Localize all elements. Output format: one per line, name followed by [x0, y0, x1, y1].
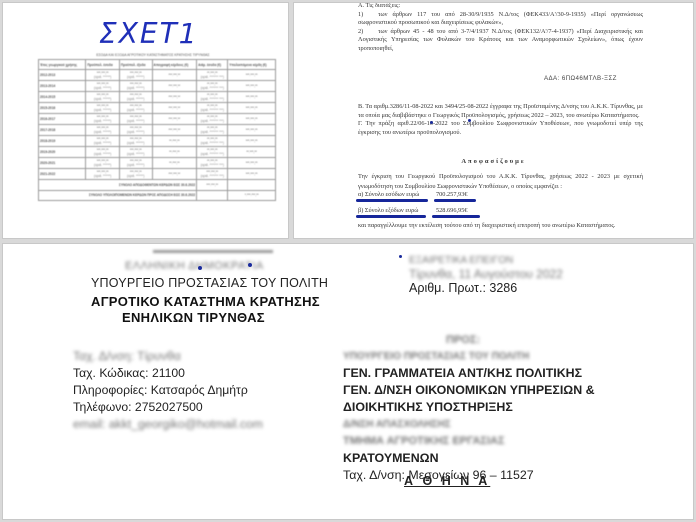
- remaining-cell: ***.***,**: [228, 70, 276, 81]
- sender-phone: Τηλέφωνο: 2752027500: [73, 399, 263, 416]
- sender-address: Ταχ. Δ/νση: Τίρυνθα: [73, 348, 263, 365]
- income-value: 700.257,93€: [436, 191, 467, 198]
- org-name-line-1: ΑΓΡΟΤΙΚΟ ΚΑΤΑΣΤΗΜΑ ΚΡΑΤΗΣΗΣ: [91, 294, 320, 310]
- sender-contact-block: Ταχ. Δ/νση: Τίρυνθα Ταχ. Κώδικας: 21100 …: [73, 348, 263, 433]
- sender-email: email: akkt_georgiko@hotmail.com: [73, 416, 263, 433]
- intro-heading: Α. Τις διατάξεις:: [358, 2, 643, 11]
- budget-expense-cell: ***.***,**(αριθ. ******): [119, 92, 152, 103]
- budget-income-cell: ***.***,**(αριθ. ******): [86, 81, 120, 92]
- profit-cell: ***.***,**: [152, 125, 197, 136]
- ada-code: ΑΔΑ: 6ΠΩ46ΜΤΛΒ-ΞΣΖ: [544, 75, 617, 82]
- decision-text: Την έγκριση του Γεωργικού Προϋπολογισμού…: [358, 172, 643, 191]
- budget-expense-cell: ***.***,**(αριθ. ******): [119, 81, 152, 92]
- year-cell: 2016-2017: [39, 114, 86, 125]
- paid-cell: **.***,**(αριθ. ******* ***): [197, 70, 228, 81]
- letterhead-document-scan: ΕΛΛΗΝΙΚΗ ΔΗΜΟΚΡΑΤΙΑ ΥΠΟΥΡΓΕΙΟ ΠΡΟΣΤΑΣΙΑΣ…: [2, 243, 694, 520]
- table-body: 2012-2013***.***,**(αριθ. ******)***.***…: [39, 70, 276, 180]
- column-header: Προϋπολ. έσοδα: [86, 60, 120, 70]
- budget-expense-cell: ***.***,**(αριθ. ******): [119, 136, 152, 147]
- table-row: 2021-2022***.***,**(αριθ. ******)***.***…: [39, 169, 276, 180]
- table-header-row: Έτος γεωργικού χρήσης Προϋπολ. έσοδα Προ…: [39, 60, 276, 70]
- recipient-line: ΚΡΑΤΟΥΜΕΝΩΝ: [343, 450, 595, 467]
- ink-dot: [430, 121, 433, 124]
- pen-highlight: [434, 199, 476, 202]
- table-row: 2016-2017***.***,**(αριθ. ******)***.***…: [39, 114, 276, 125]
- ministry-name: ΥΠΟΥΡΓΕΙΟ ΠΡΟΣΤΑΣΙΑΣ ΤΟΥ ΠΟΛΙΤΗ: [91, 276, 328, 290]
- sender-info: Πληροφορίες: Κατσαρός Δημήτρ: [73, 382, 263, 399]
- expense-total-line: β) Σύνολο εξόδων ευρώ528.696,95€: [358, 207, 467, 214]
- budget-expense-cell: ***.***,**(αριθ. ******): [119, 169, 152, 180]
- profit-cell: ***.***,**: [152, 70, 197, 81]
- paragraph-b-c: Β. Τα αριθμ.3286/11-08-2022 και 3494/25-…: [358, 103, 643, 137]
- handwritten-attachment-label: ΣΧΕΤ1: [99, 17, 198, 50]
- paid-cell: **.***,**(αριθ. ******* ***): [197, 92, 228, 103]
- budget-income-cell: ***.***,**(αριθ. ******): [86, 169, 120, 180]
- table-row: 2013-2014***.***,**(αριθ. ******)***.***…: [39, 81, 276, 92]
- table-title: ΕΣΟΔΑ ΚΑΙ ΕΞΟΔΑ ΑΓΡΟΤΙΚΟΥ ΚΑΤΑΣΤΗΜΑΤΟΣ Κ…: [63, 53, 243, 57]
- paid-cell: **.***,**(αριθ. ******* ***): [197, 136, 228, 147]
- total-value: ***.***,**: [197, 180, 228, 191]
- org-name-line-2: ΕΝΗΛΙΚΩΝ ΤΙΡΥΝΘΑΣ: [122, 310, 265, 326]
- budget-income-cell: ***.***,**(αριθ. ******): [86, 136, 120, 147]
- budget-expense-cell: ***.***,**(αριθ. ******): [119, 103, 152, 114]
- pen-highlight: [356, 199, 428, 202]
- profit-cell: ***.***,**: [152, 92, 197, 103]
- profit-cell: ***.***,**: [152, 169, 197, 180]
- budget-income-cell: ***.***,**(αριθ. ******): [86, 147, 120, 158]
- recipient-line: ΔΙΟΙΚΗΤΙΚΗΣ ΥΠΟΣΤΗΡΙΞΗΣ: [343, 399, 595, 416]
- recipient-city: Α Θ Η Ν Α: [404, 474, 490, 488]
- protocol-number: Αριθμ. Πρωτ.: 3286: [409, 281, 517, 295]
- column-header: Έτος γεωργικού χρήσης: [39, 60, 86, 70]
- income-expense-table: Έτος γεωργικού χρήσης Προϋπολ. έσοδα Προ…: [38, 59, 276, 201]
- year-cell: 2018-2019: [39, 136, 86, 147]
- paid-cell: ***.***,**(αριθ. ******* ***): [197, 169, 228, 180]
- total-label: ΣΥΝΟΛΟ ΥΠΟΛΟΙΠΟΜΕΝΩΝ ΚΕΡΔΩΝ ΠΡΟΣ ΑΠΟΔΟΣΗ…: [39, 190, 197, 201]
- year-cell: 2014-2015: [39, 92, 86, 103]
- profit-cell: **.***,**: [152, 136, 197, 147]
- budget-expense-cell: ***.***,**(αριθ. ******): [119, 70, 152, 81]
- column-header: Προϋπολ. έξοδα: [119, 60, 152, 70]
- income-label: α) Σύνολο εσόδων ευρώ: [358, 191, 436, 198]
- budget-expense-cell: ***.***,**(αριθ. ******): [119, 125, 152, 136]
- total-value: *.***.***,**: [228, 190, 276, 201]
- year-cell: 2015-2016: [39, 103, 86, 114]
- decision-heading: Αποφασίζουμε: [294, 158, 693, 165]
- profit-cell: ***.***,**: [152, 81, 197, 92]
- budget-income-cell: ***.***,**(αριθ. ******): [86, 125, 120, 136]
- decision-document-scan: Α. Τις διατάξεις: 1)των άρθρων 117 του α…: [293, 2, 694, 239]
- remaining-cell: ***.***,**: [228, 158, 276, 169]
- recipient-block: ΥΠΟΥΡΓΕΙΟ ΠΡΟΣΤΑΣΙΑΣ ΤΟΥ ΠΟΛΙΤΗ ΓΕΝ. ΓΡΑ…: [343, 348, 595, 484]
- paid-cell: **.***,**(αριθ. ******* ***): [197, 125, 228, 136]
- profit-cell: ***.***,**: [152, 103, 197, 114]
- pen-highlight: [432, 215, 480, 218]
- table-document-scan: ΣΧΕΤ1 ΕΣΟΔΑ ΚΑΙ ΕΞΟΔΑ ΑΓΡΟΤΙΚΟΥ ΚΑΤΑΣΤΗΜ…: [2, 2, 289, 239]
- recipient-line: ΤΜΗΜΑ ΑΓΡΟΤΙΚΗΣ ΕΡΓΑΣΙΑΣ: [343, 433, 595, 450]
- budget-expense-cell: ***.***,**(αριθ. ******): [119, 158, 152, 169]
- paragraph-b: Β. Τα αριθμ.3286/11-08-2022 και 3494/25-…: [358, 103, 643, 120]
- letter-date: Τίρυνθα, 11 Αυγούστου 2022: [409, 267, 563, 281]
- budget-income-cell: ***.***,**(αριθ. ******): [86, 70, 120, 81]
- paid-cell: **.***,**(αριθ. ******* ***): [197, 81, 228, 92]
- remaining-cell: ***.***,**: [228, 169, 276, 180]
- total-row: ΣΥΝΟΛΟ ΥΠΟΛΟΙΠΟΜΕΝΩΝ ΚΕΡΔΩΝ ΠΡΟΣ ΑΠΟΔΟΣΗ…: [39, 190, 276, 201]
- expense-value: 528.696,95€: [436, 207, 467, 214]
- column-header: Υπολοιπόμενα κέρδη (€): [228, 60, 276, 70]
- year-cell: 2021-2022: [39, 169, 86, 180]
- ink-dot: [248, 263, 252, 267]
- ink-dot: [468, 119, 471, 122]
- year-cell: 2019-2020: [39, 147, 86, 158]
- paid-cell: **.***,**(αριθ. ******* ***): [197, 147, 228, 158]
- closing-text: και παραγγέλλουμε την εκτέλεση τούτου απ…: [358, 222, 643, 231]
- table-row: 2017-2018***.***,**(αριθ. ******)***.***…: [39, 125, 276, 136]
- budget-expense-cell: ***.***,**(αριθ. ******): [119, 114, 152, 125]
- table-row: 2019-2020***.***,**(αριθ. ******)***.***…: [39, 147, 276, 158]
- table-row: 2015-2016***.***,**(αριθ. ******)***.***…: [39, 103, 276, 114]
- budget-income-cell: ***.***,**(αριθ. ******): [86, 158, 120, 169]
- budget-income-cell: ***.***,**(αριθ. ******): [86, 92, 120, 103]
- expense-label: β) Σύνολο εξόδων ευρώ: [358, 207, 436, 214]
- republic-line: ΕΛΛΗΝΙΚΗ ΔΗΜΟΚΡΑΤΙΑ: [125, 260, 264, 272]
- table-row: 2020-2021***.***,**(αριθ. ******)***.***…: [39, 158, 276, 169]
- table-row: 2012-2013***.***,**(αριθ. ******)***.***…: [39, 70, 276, 81]
- remaining-cell: ***.***,**: [228, 103, 276, 114]
- remaining-cell: ***.***,**: [228, 114, 276, 125]
- urgent-stamp: ΕΞΑΙΡΕΤΙΚΑ ΕΠΕΙΓΟΝ: [409, 255, 513, 266]
- remaining-cell: ***.***,**: [228, 81, 276, 92]
- legal-basis-section: Α. Τις διατάξεις: 1)των άρθρων 117 του α…: [358, 2, 643, 54]
- ink-dot: [198, 266, 202, 270]
- profit-cell: **.***,**: [152, 147, 197, 158]
- sender-postal-code: Ταχ. Κώδικας: 21100: [73, 365, 263, 382]
- recipient-ministry: ΥΠΟΥΡΓΕΙΟ ΠΡΟΣΤΑΣΙΑΣ ΤΟΥ ΠΟΛΙΤΗ: [343, 348, 595, 365]
- budget-expense-cell: ***.***,**(αριθ. ******): [119, 147, 152, 158]
- paid-cell: **.***,**(αριθ. ******* ***): [197, 158, 228, 169]
- remaining-cell: ***.***,**: [228, 125, 276, 136]
- recipient-line: ΓΕΝ. ΓΡΑΜΜΑΤΕΙΑ ΑΝΤ/ΚΗΣ ΠΟΛΙΤΙΚΗΣ: [343, 365, 595, 382]
- year-cell: 2013-2014: [39, 81, 86, 92]
- income-total-line: α) Σύνολο εσόδων ευρώ700.257,93€: [358, 191, 467, 198]
- remaining-cell: ***.***,**: [228, 136, 276, 147]
- legal-item-1: 1)των άρθρων 117 του από 28-30/9/1935 Ν.…: [358, 11, 643, 28]
- recipient-line: Δ/ΝΣΗ ΑΠΑΣΧΟΛΗΣΗΣ: [343, 416, 595, 433]
- table-row: 2014-2015***.***,**(αριθ. ******)***.***…: [39, 92, 276, 103]
- remaining-cell: ***.***,**: [228, 92, 276, 103]
- profit-cell: **.***,**: [152, 158, 197, 169]
- remaining-cell: **.***,**: [228, 147, 276, 158]
- budget-income-cell: ***.***,**(αριθ. ******): [86, 103, 120, 114]
- recipient-line: ΓΕΝ. Δ/ΝΣΗ ΟΙΚΟΝΟΜΙΚΩΝ ΥΠΗΡΕΣΙΩΝ &: [343, 382, 595, 399]
- column-header: Αιθρ. έσοδα (€): [197, 60, 228, 70]
- profit-cell: ***.***,**: [152, 114, 197, 125]
- year-cell: 2012-2013: [39, 70, 86, 81]
- year-cell: 2020-2021: [39, 158, 86, 169]
- total-label: ΣΥΝΟΛΟ ΑΠΟΔΟΘΕΝΤΩΝ ΚΕΡΔΩΝ ΕΩΣ 30.6.2022: [39, 180, 197, 191]
- legal-item-2: 2)των άρθρων 45 - 48 του από 3-7/4/1937 …: [358, 28, 643, 54]
- paid-cell: **.***,**(αριθ. ******* ***): [197, 114, 228, 125]
- year-cell: 2017-2018: [39, 125, 86, 136]
- pen-highlight: [356, 215, 426, 218]
- paragraph-c: Γ. Την πράξη αριθ.22/06-10-2022 του Συμβ…: [358, 120, 643, 137]
- ink-dot: [399, 255, 402, 258]
- column-header: Απογραφή κέρδους (€): [152, 60, 197, 70]
- budget-income-cell: ***.***,**(αριθ. ******): [86, 114, 120, 125]
- to-label: ΠΡΟΣ:: [446, 334, 480, 346]
- total-row: ΣΥΝΟΛΟ ΑΠΟΔΟΘΕΝΤΩΝ ΚΕΡΔΩΝ ΕΩΣ 30.6.2022 …: [39, 180, 276, 191]
- paid-cell: **.***,**(αριθ. ******* ***): [197, 103, 228, 114]
- emblem-smudge: [153, 250, 273, 253]
- table-row: 2018-2019***.***,**(αριθ. ******)***.***…: [39, 136, 276, 147]
